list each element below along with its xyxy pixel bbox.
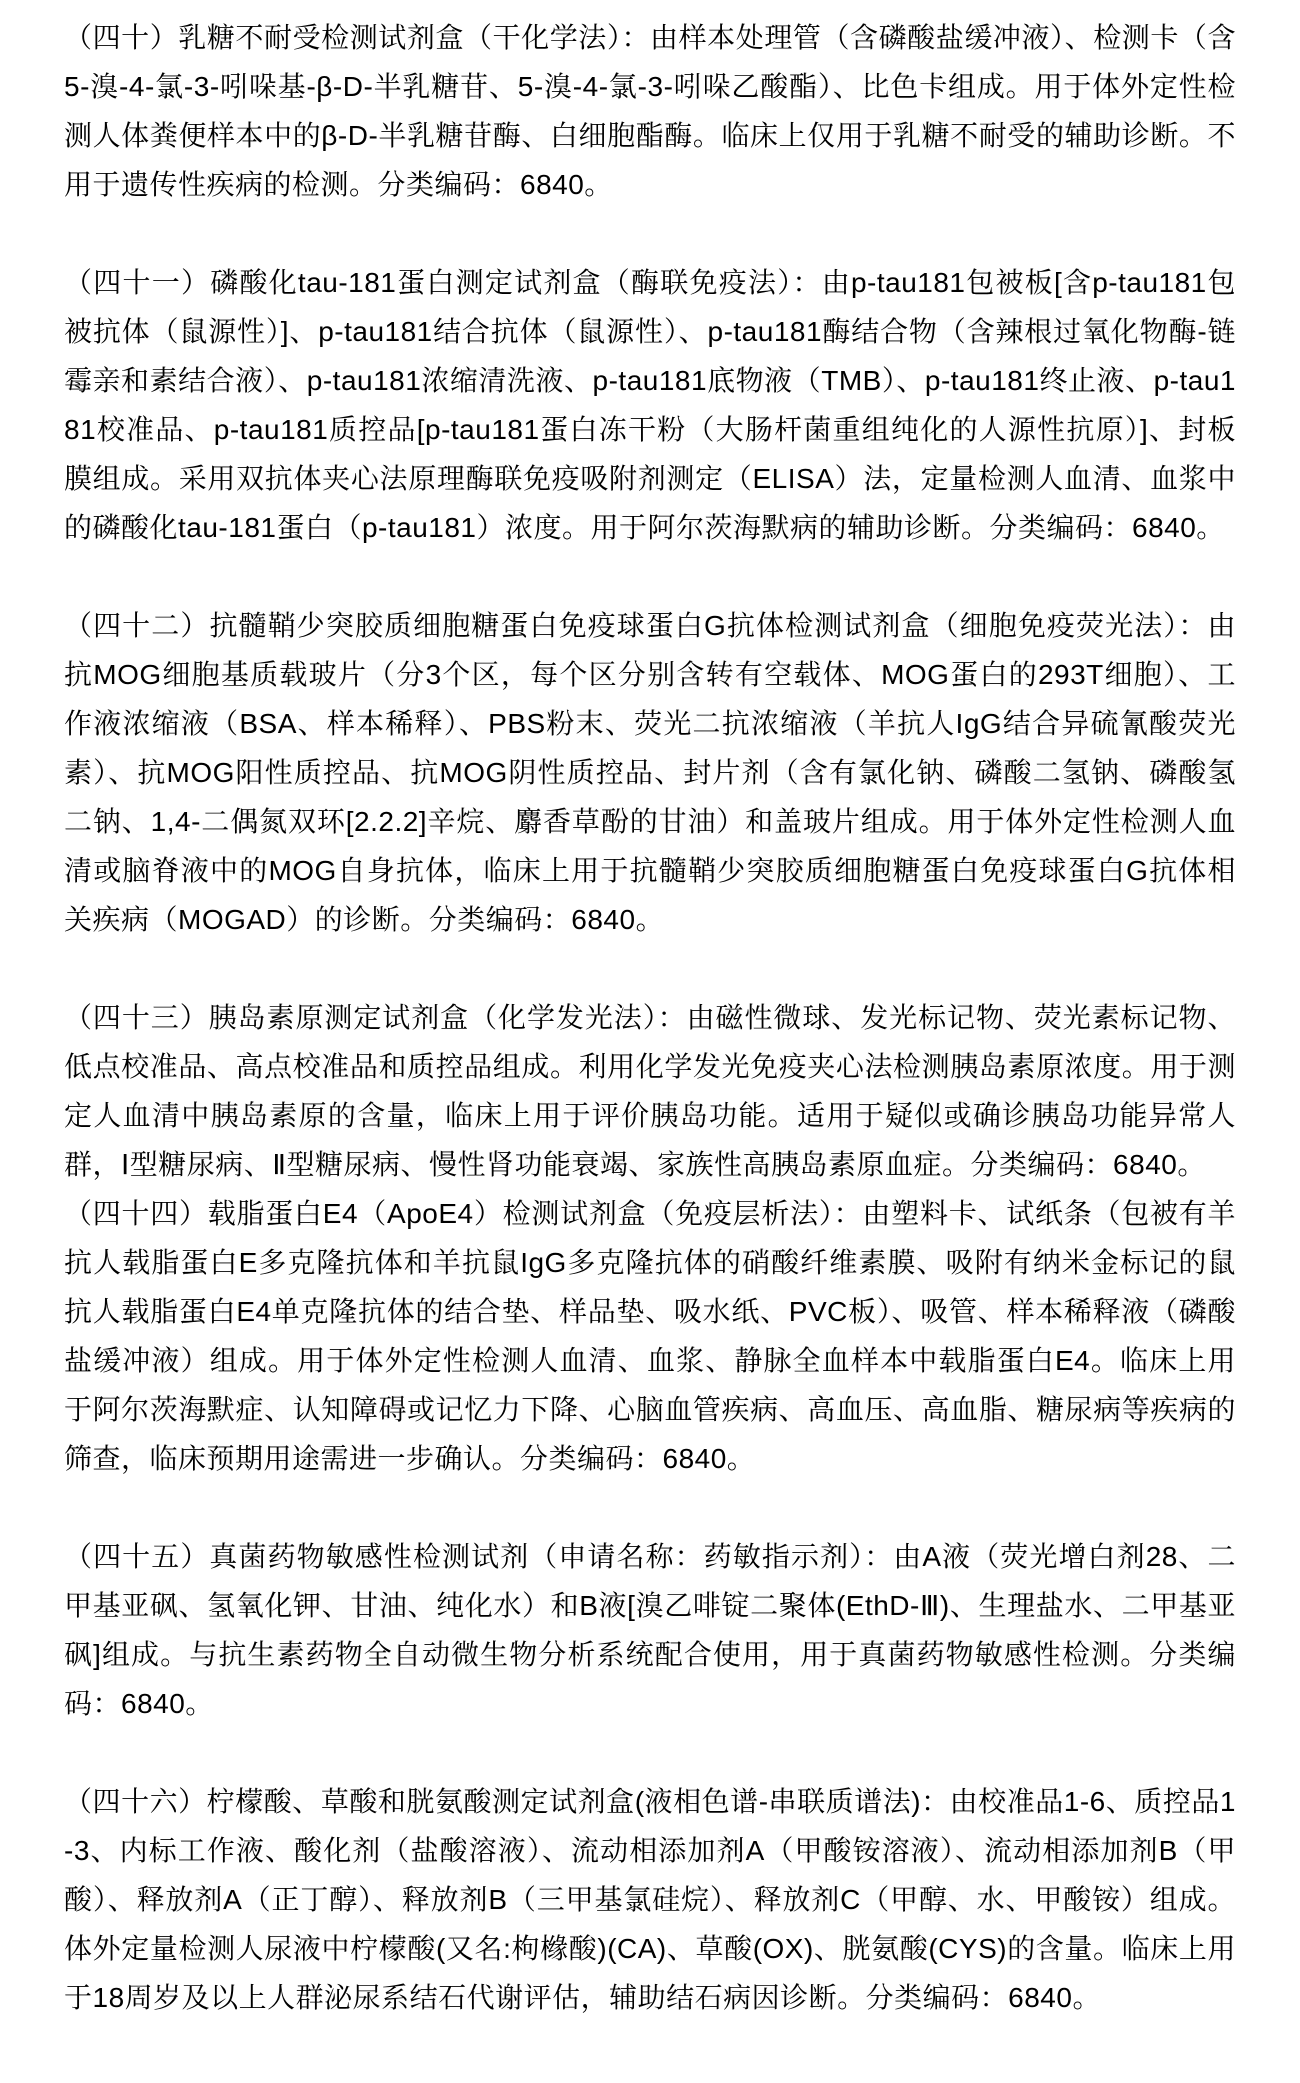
clause-46-paragraph: （四十六）柠檬酸、草酸和胱氨酸测定试剂盒(液相色谱-串联质谱法)：由校准品1-6… [64,1777,1236,2022]
clause-42-paragraph: （四十二）抗髓鞘少突胶质细胞糖蛋白免疫球蛋白G抗体检测试剂盒（细胞免疫荧光法）：… [64,601,1236,944]
clause-45-paragraph: （四十五）真菌药物敏感性检测试剂（申请名称：药敏指示剂）：由A液（荧光增白剂28… [64,1532,1236,1728]
clause-43-paragraph: （四十三）胰岛素原测定试剂盒（化学发光法）：由磁性微球、发光标记物、荧光素标记物… [64,993,1236,1189]
clause-40-paragraph: （四十）乳糖不耐受检测试剂盒（干化学法）：由样本处理管（含磷酸盐缓冲液）、检测卡… [64,13,1236,209]
clause-44-paragraph: （四十四）载脂蛋白E4（ApoE4）检测试剂盒（免疫层析法）：由塑料卡、试纸条（… [64,1189,1236,1483]
document-page: （四十）乳糖不耐受检测试剂盒（干化学法）：由样本处理管（含磷酸盐缓冲液）、检测卡… [0,0,1300,2022]
clause-41-paragraph: （四十一）磷酸化tau-181蛋白测定试剂盒（酶联免疫法）：由p-tau181包… [64,258,1236,552]
